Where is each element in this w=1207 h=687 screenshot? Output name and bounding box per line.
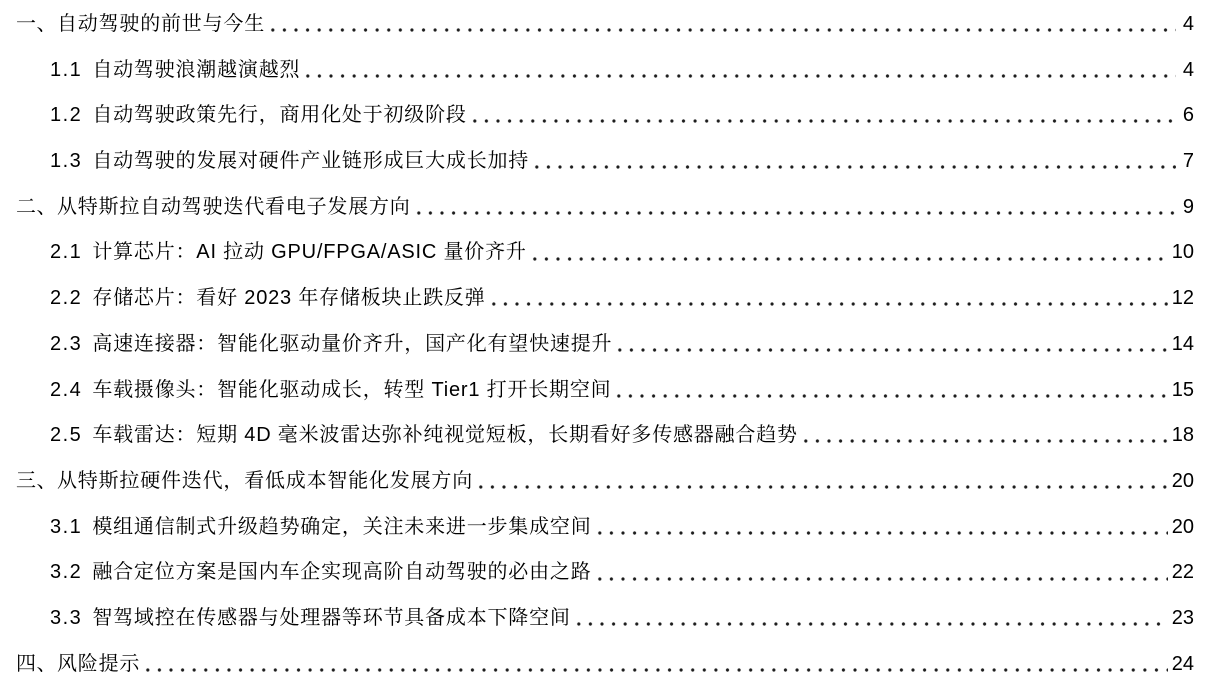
toc-entry-title: 融合定位方案是国内车企实现高阶自动驾驶的必由之路	[92, 562, 591, 582]
toc-entry-page-number: 22	[1172, 562, 1194, 582]
document-page: 一、 自动驾驶的前世与今生 4 1.1 自动驾驶浪潮越演越烈 4 1.2 自动驾…	[0, 0, 1207, 687]
dot-leader	[800, 412, 1168, 458]
dot-leader	[613, 367, 1167, 413]
toc-entry-number: 2.2	[50, 288, 82, 308]
toc-entry-title: 风险提示	[57, 654, 140, 674]
dot-leader	[142, 641, 1168, 687]
toc-entry-title: 存储芯片：看好 2023 年存储板块止跌反弹	[92, 288, 485, 308]
toc-entry-title: 模组通信制式升级趋势确定，关注未来进一步集成空间	[92, 517, 591, 537]
toc-entry[interactable]: 3.1 模组通信制式升级趋势确定，关注未来进一步集成空间 20	[16, 504, 1194, 550]
toc-entry[interactable]: 三、 从特斯拉硬件迭代，看低成本智能化发展方向 20	[16, 458, 1194, 504]
toc-entry-title: 高速连接器：智能化驱动量价齐升，国产化有望快速提升	[92, 334, 612, 354]
dot-leader	[594, 550, 1168, 596]
toc-entry-number: 2.3	[50, 334, 82, 354]
toc-entry-title: 车载摄像头：智能化驱动成长，转型 Tier1 打开长期空间	[92, 380, 611, 400]
toc-entry-page-number: 4	[1180, 14, 1194, 34]
toc-entry[interactable]: 2.1 计算芯片：AI 拉动 GPU/FPGA/ASIC 量价齐升 10	[16, 230, 1194, 276]
toc-entry-page-number: 23	[1172, 608, 1194, 628]
dot-leader	[614, 321, 1167, 367]
toc-entry[interactable]: 2.4 车载摄像头：智能化驱动成长，转型 Tier1 打开长期空间 15	[16, 367, 1194, 413]
dot-leader	[302, 47, 1176, 93]
toc-entry-title: 自动驾驶政策先行，商用化处于初级阶段	[92, 105, 466, 125]
toc-entry-title: 从特斯拉自动驾驶迭代看电子发展方向	[57, 197, 411, 217]
dot-leader	[594, 504, 1168, 550]
toc-entry-number: 3.2	[50, 562, 82, 582]
dot-leader	[488, 275, 1168, 321]
dot-leader	[573, 595, 1168, 641]
toc-entry-page-number: 7	[1180, 151, 1194, 171]
toc-entry-page-number: 6	[1180, 105, 1194, 125]
toc-entry-title: 自动驾驶的前世与今生	[57, 14, 265, 34]
toc-entry-title: 智驾域控在传感器与处理器等环节具备成本下降空间	[92, 608, 570, 628]
toc-entry-number: 2.4	[50, 380, 82, 400]
toc-entry-title: 计算芯片：AI 拉动 GPU/FPGA/ASIC 量价齐升	[92, 242, 526, 262]
toc-entry[interactable]: 一、 自动驾驶的前世与今生 4	[16, 1, 1194, 47]
toc-entry-page-number: 15	[1172, 380, 1194, 400]
toc-entry[interactable]: 2.5 车载雷达：短期 4D 毫米波雷达弥补纯视觉短板，长期看好多传感器融合趋势…	[16, 412, 1194, 458]
toc-entry-page-number: 9	[1180, 197, 1194, 217]
toc-entry-number: 2.5	[50, 425, 82, 445]
toc-entry-title: 从特斯拉硬件迭代，看低成本智能化发展方向	[57, 471, 473, 491]
toc-entry[interactable]: 2.2 存储芯片：看好 2023 年存储板块止跌反弹 12	[16, 275, 1194, 321]
toc-entry-number: 1.1	[50, 60, 82, 80]
dot-leader	[267, 1, 1176, 47]
toc-entry-number: 3.3	[50, 608, 82, 628]
toc-entry-number: 四、	[16, 654, 57, 674]
toc-entry[interactable]: 3.2 融合定位方案是国内车企实现高阶自动驾驶的必由之路 22	[16, 550, 1194, 596]
toc-entry-number: 1.2	[50, 105, 82, 125]
toc-entry[interactable]: 1.1 自动驾驶浪潮越演越烈 4	[16, 47, 1194, 93]
dot-leader	[529, 230, 1168, 276]
dot-leader	[469, 92, 1176, 138]
toc-entry-title: 自动驾驶浪潮越演越烈	[92, 60, 300, 80]
toc-entry-number: 三、	[16, 471, 57, 491]
toc-entry-title: 自动驾驶的发展对硬件产业链形成巨大成长加持	[92, 151, 529, 171]
toc-entry-number: 3.1	[50, 517, 82, 537]
toc-entry[interactable]: 1.3 自动驾驶的发展对硬件产业链形成巨大成长加持 7	[16, 138, 1194, 184]
toc-entry-page-number: 18	[1172, 425, 1194, 445]
toc-entry-title: 车载雷达：短期 4D 毫米波雷达弥补纯视觉短板，长期看好多传感器融合趋势	[92, 425, 797, 445]
toc-entry-page-number: 4	[1180, 60, 1194, 80]
toc-entry-number: 1.3	[50, 151, 82, 171]
toc-entry-page-number: 24	[1172, 654, 1194, 674]
toc-entry[interactable]: 1.2 自动驾驶政策先行，商用化处于初级阶段 6	[16, 92, 1194, 138]
dot-leader	[531, 138, 1176, 184]
toc-entry-page-number: 20	[1172, 471, 1194, 491]
toc-entry[interactable]: 3.3 智驾域控在传感器与处理器等环节具备成本下降空间 23	[16, 595, 1194, 641]
toc-entry[interactable]: 二、 从特斯拉自动驾驶迭代看电子发展方向 9	[16, 184, 1194, 230]
toc-entry-page-number: 20	[1172, 517, 1194, 537]
toc-entry[interactable]: 四、 风险提示 24	[16, 641, 1194, 687]
toc-list: 一、 自动驾驶的前世与今生 4 1.1 自动驾驶浪潮越演越烈 4 1.2 自动驾…	[0, 0, 1207, 687]
toc-entry-number: 2.1	[50, 242, 82, 262]
toc-entry-number: 一、	[16, 14, 57, 34]
toc-entry-number: 二、	[16, 197, 57, 217]
dot-leader	[413, 184, 1176, 230]
toc-entry[interactable]: 2.3 高速连接器：智能化驱动量价齐升，国产化有望快速提升 14	[16, 321, 1194, 367]
toc-entry-page-number: 14	[1172, 334, 1194, 354]
dot-leader	[475, 458, 1168, 504]
toc-entry-page-number: 12	[1172, 288, 1194, 308]
toc-entry-page-number: 10	[1172, 242, 1194, 262]
